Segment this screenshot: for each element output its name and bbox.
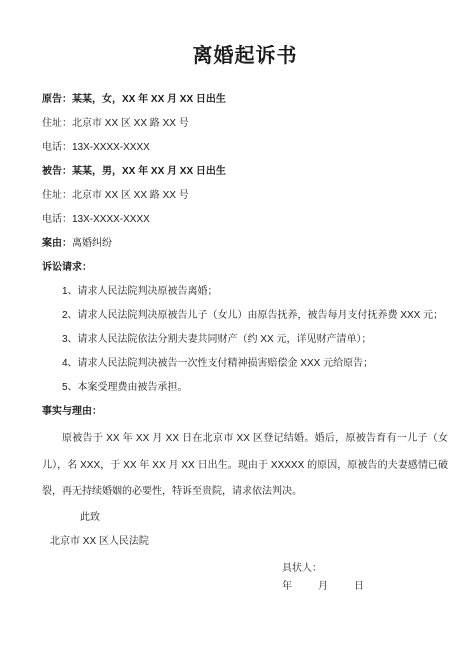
signature-block: 具状人： 年月日 [282,560,448,596]
petitioner-label: 具状人： [282,560,448,578]
signature-date-line: 年月日 [282,578,448,596]
defendant-line: 被告：某某，男，XX 年 XX 月 XX 日出生 [42,160,448,184]
claims-heading: 诉讼请求： [42,256,448,280]
facts-paragraph: 原被告于 XX 年 XX 月 XX 日在北京市 XX 区登记结婚。婚后，原被告育… [42,426,448,506]
plaintiff-phone-line: 电话：13X-XXXX-XXXX [42,136,448,160]
date-day-label: 日 [354,581,364,592]
plaintiff-phone-label: 电话： [42,142,72,153]
cause-label: 案由： [42,238,72,249]
plaintiff-label: 原告： [42,94,72,105]
defendant-label: 被告： [42,166,72,177]
plaintiff-address-value: 北京市 XX 区 XX 路 XX 号 [72,118,189,129]
closing-salute: 此致 [42,506,448,530]
plaintiff-phone-value: 13X-XXXX-XXXX [72,142,150,153]
defendant-phone-label: 电话： [42,214,72,225]
claim-item-2: 2、请求人民法院判决原被告儿子（女儿）由原告抚养，被告每月支付抚养费 XXX 元… [42,304,448,328]
defendant-value: 某某，男，XX 年 XX 月 XX 日出生 [72,166,226,177]
defendant-address-line: 住址：北京市 XX 区 XX 路 XX 号 [42,184,448,208]
closing-court-name: 北京市 XX 区人民法院 [42,530,448,554]
date-month-label: 月 [318,581,328,592]
defendant-phone-value: 13X-XXXX-XXXX [72,214,150,225]
cause-value: 离婚纠纷 [72,238,112,249]
plaintiff-address-label: 住址： [42,118,72,129]
claim-item-5: 5、本案受理费由被告承担。 [42,376,448,400]
plaintiff-address-line: 住址：北京市 XX 区 XX 路 XX 号 [42,112,448,136]
claim-item-4: 4、请求人民法院判决被告一次性支付精神损害赔偿金 XXX 元给原告； [42,352,448,376]
plaintiff-value: 某某，女，XX 年 XX 月 XX 日出生 [72,94,226,105]
defendant-address-label: 住址： [42,190,72,201]
divorce-complaint-document: 离婚起诉书 原告：某某，女，XX 年 XX 月 XX 日出生 住址：北京市 XX… [0,0,463,655]
defendant-phone-line: 电话：13X-XXXX-XXXX [42,208,448,232]
date-year-label: 年 [282,581,292,592]
facts-heading: 事实与理由： [42,400,448,424]
claim-item-1: 1、请求人民法院判决原被告离婚； [42,280,448,304]
claim-item-3: 3、请求人民法院依法分割夫妻共同财产（约 XX 元，详见财产清单）； [42,328,448,352]
document-title: 离婚起诉书 [42,42,448,70]
defendant-address-value: 北京市 XX 区 XX 路 XX 号 [72,190,189,201]
cause-line: 案由：离婚纠纷 [42,232,448,256]
plaintiff-line: 原告：某某，女，XX 年 XX 月 XX 日出生 [42,88,448,112]
